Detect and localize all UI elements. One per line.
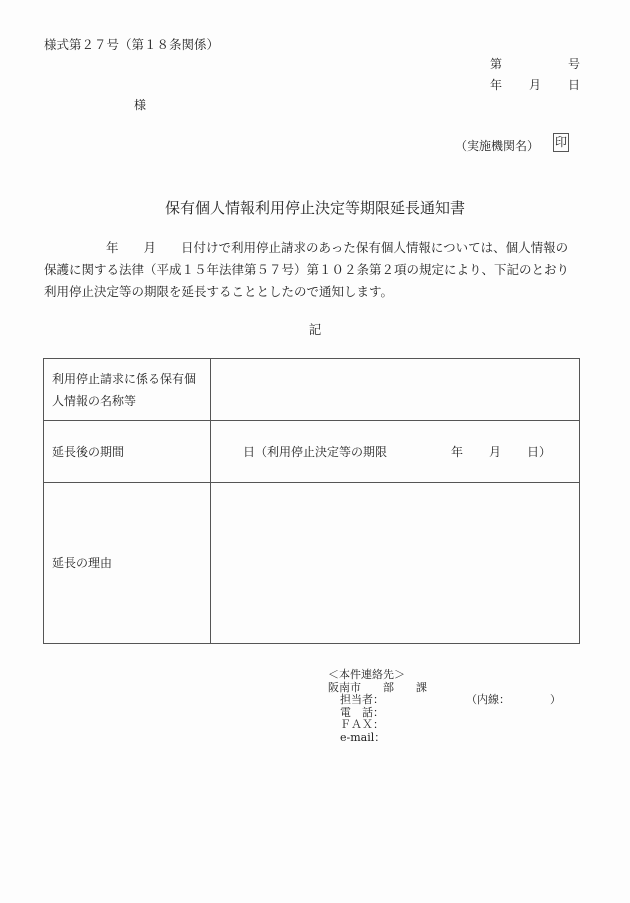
document-title: 保有個人情報利用停止決定等期限延長通知書 [0,197,630,218]
table-row: 延長の理由 [44,483,580,644]
info-name-label: 利用停止請求に係る保有個 人情報の名称等 [44,359,211,421]
extended-period-label: 延長後の期間 [44,421,211,483]
seal-stamp-icon: 印 [553,133,569,152]
document-body: 年 月 日付けで利用停止請求のあった保有個人情報については、個人情報の 保護に関… [44,237,584,303]
addressee: 様 [134,96,146,113]
contact-email: e-mail： [328,732,561,745]
issue-date-line: 年 月 日 [490,76,580,93]
details-table: 利用停止請求に係る保有個 人情報の名称等 延長後の期間 日（利用停止決定等の期限… [43,358,580,644]
date-year: 年 [490,76,502,93]
extended-period-field[interactable]: 日（利用停止決定等の期限 年 月 日） [211,421,580,483]
number-suffix: 号 [568,55,580,72]
ki-heading: 記 [0,320,630,338]
document-number-line: 第 号 [490,55,580,72]
table-row: 利用停止請求に係る保有個 人情報の名称等 [44,359,580,421]
contact-block: ＜本件連絡先＞ 阪南市 部 課 担当者： （内線： ） 電 話： ＦＡＸ： e-… [328,669,561,744]
body-line-1: 年 月 日付けで利用停止請求のあった保有個人情報については、個人情報の [44,237,584,259]
contact-fax: ＦＡＸ： [328,719,561,732]
info-name-field[interactable] [211,359,580,421]
contact-heading: ＜本件連絡先＞ [328,669,561,682]
body-line-3: 利用停止決定等の期限を延長することとしたので通知します。 [44,281,584,303]
date-month: 月 [529,76,541,93]
extension-reason-label: 延長の理由 [44,483,211,644]
date-day: 日 [568,76,580,93]
table-row: 延長後の期間 日（利用停止決定等の期限 年 月 日） [44,421,580,483]
contact-person: 担当者： （内線： ） [328,694,561,707]
number-prefix: 第 [490,55,502,72]
form-id: 様式第２７号（第１８条関係） [44,35,219,53]
extension-reason-field[interactable] [211,483,580,644]
body-line-2: 保護に関する法律（平成１５年法律第５７号）第１０２条第２項の規定により、下記のと… [44,259,584,281]
organization-label: （実施機関名） [455,137,539,154]
